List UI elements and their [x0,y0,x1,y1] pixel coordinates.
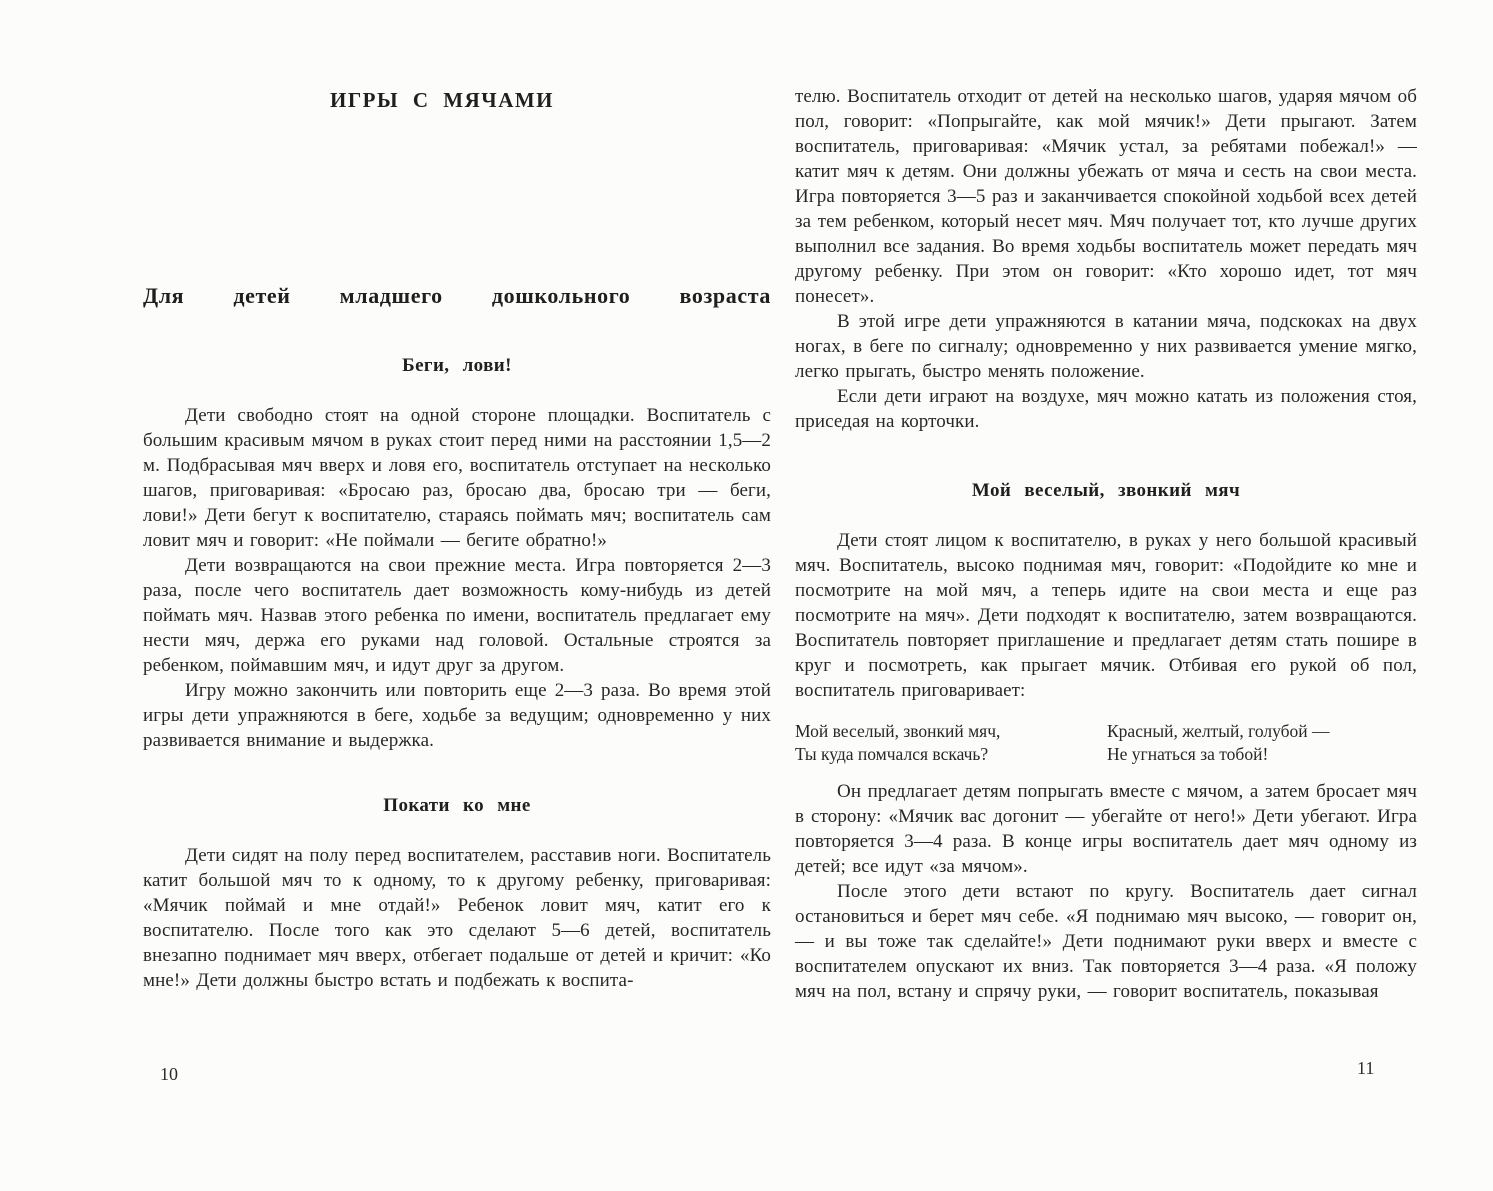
paragraph: После этого дети встают по кругу. Воспит… [795,879,1417,1004]
verse-line: Ты куда помчался вскачь? [795,743,1107,766]
verse-line: Красный, желтый, голубой — [1107,720,1329,743]
paragraph-continuation: телю. Воспитатель отходит от детей на не… [795,84,1417,309]
verse-column-right: Красный, желтый, голубой — Не угнаться з… [1107,720,1329,766]
game-title-begi-lovi: Беги, лови! [143,355,771,377]
paragraph: Дети сидят на полу перед воспитателем, р… [143,843,771,993]
verse-line: Мой веселый, звонкий мяч, [795,720,1107,743]
paragraph: Он предлагает детям попрыгать вместе с м… [795,779,1417,879]
verse-block: Мой веселый, звонкий мяч, Ты куда помчал… [795,720,1417,766]
page-number-right: 11 [1357,1058,1374,1079]
paragraph: Дети свободно стоят на одной стороне пло… [143,403,771,553]
paragraph: Дети возвращаются на свои прежние места.… [143,553,771,678]
chapter-title: ИГРЫ С МЯЧАМИ [143,88,741,113]
paragraph: В этой игре дети упражняются в катании м… [795,309,1417,384]
paragraph: Игру можно закончить или повторить еще 2… [143,678,771,753]
left-page: ИГРЫ С МЯЧАМИ Для детей младшего дошколь… [143,88,771,993]
paragraph: Дети стоят лицом к воспитателю, в руках … [795,528,1417,703]
page-number-left: 10 [160,1064,178,1085]
book-spread: ИГРЫ С МЯЧАМИ Для детей младшего дошколь… [0,0,1493,1191]
section-heading: Для детей младшего дошкольного возраста [143,283,771,309]
verse-line: Не угнаться за тобой! [1107,743,1329,766]
game-title-moy-veselyy-zvonkiy-myach: Мой веселый, звонкий мяч [795,480,1417,502]
paragraph: Если дети играют на воздухе, мяч можно к… [795,384,1417,434]
game-title-pokati-ko-mne: Покати ко мне [143,795,771,817]
verse-column-left: Мой веселый, звонкий мяч, Ты куда помчал… [795,720,1107,766]
right-page: телю. Воспитатель отходит от детей на не… [795,84,1417,1004]
